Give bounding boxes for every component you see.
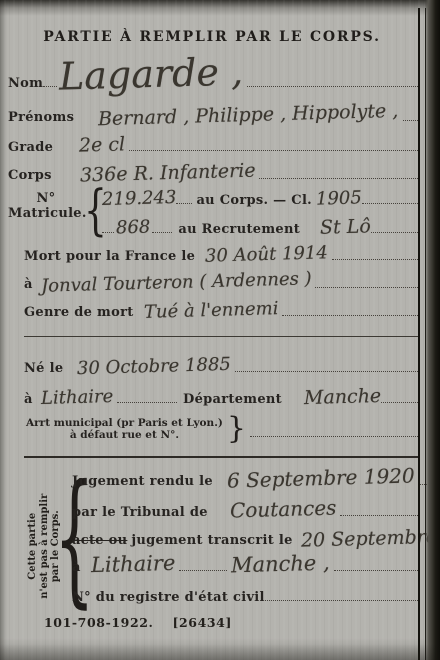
departement-value-handwritten: Manche [304, 385, 382, 409]
registre-label: N° du registre d'état civil [72, 590, 265, 605]
jugement-date-handwritten: 6 Septembre 1920 [227, 463, 415, 492]
dotted-rule [152, 228, 172, 233]
field-genre-de-mort: Genre de mort Tué à l'ennemi [24, 300, 420, 321]
matricule-label: N° Matricule. [8, 191, 84, 221]
imprint-number: 101-708-1922. [44, 615, 154, 630]
lieu-transcription-label: à [72, 560, 81, 575]
section-separator [24, 336, 420, 337]
matricule-recrutement-number-handwritten: 868 [116, 217, 151, 239]
ne-le-value-handwritten: 30 Octobre 1885 [77, 354, 231, 379]
field-nom: Nom Lagarde , [8, 52, 420, 92]
dotted-rule [334, 566, 420, 571]
dotted-rule [43, 82, 57, 87]
lieu-naissance-value-handwritten: Lithaire [40, 386, 113, 409]
ne-le-label: Né le [24, 361, 63, 376]
arrondissement-label-line1: Arrt municipal (pr Paris et Lyon.) [26, 417, 223, 429]
dotted-rule [265, 596, 420, 601]
tribunal-label: par le Tribunal de [72, 505, 208, 520]
field-transcription: acte ou jugement transcrit le 20 Septemb… [72, 527, 420, 549]
film-dark-band [425, 0, 440, 660]
lieu-deces-value-handwritten: Jonval Tourteron ( Ardennes ) [40, 268, 311, 297]
matricule-line-corps: 219.243 au Corps. — Cl. 1905 [102, 188, 420, 209]
field-jugement: Jugement rendu le 6 Septembre 1920 [72, 466, 420, 490]
prenoms-label: Prénoms [8, 110, 74, 125]
mort-label: Mort pour la France le [24, 249, 195, 264]
field-lieu-naissance: à Lithaire Département Manche [24, 386, 420, 408]
field-lieu-deces: à Jonval Tourteron ( Ardennes ) [24, 272, 420, 293]
transcription-label-struck: acte ou [72, 533, 127, 548]
field-grade: Grade 2e cl [8, 134, 420, 156]
side-note-line2: n'est pas à remplir [38, 471, 50, 621]
dotted-rule [176, 199, 192, 204]
dotted-rule [381, 398, 420, 403]
field-arrondissement: Arrt municipal (pr Paris et Lyon.) à déf… [26, 414, 420, 444]
grade-label: Grade [8, 140, 53, 155]
transcription-label: jugement transcrit le [131, 533, 292, 548]
field-mort-pour-la-france: Mort pour la France le 30 Août 1914 [24, 244, 420, 265]
dotted-rule [340, 511, 420, 516]
jugement-label: Jugement rendu le [72, 474, 213, 489]
matricule-lines: 219.243 au Corps. — Cl. 1905 868 au Recr… [102, 188, 420, 238]
dotted-rule [179, 566, 227, 571]
mort-date-handwritten: 30 Août 1914 [205, 242, 328, 266]
dotted-rule [371, 228, 420, 233]
imprint-reference: [26434] [172, 615, 232, 630]
dotted-rule [315, 283, 420, 288]
dotted-rule [117, 398, 177, 403]
field-tribunal: par le Tribunal de Coutances [72, 497, 420, 521]
footer-imprint: 101-708-1922. [26434] [44, 615, 232, 630]
field-lieu-transcription: à Lithaire Manche , [72, 552, 420, 576]
arrondissement-brace: } [227, 414, 246, 444]
field-registre: N° du registre d'état civil [72, 590, 420, 605]
lieu-naissance-label: à [24, 392, 33, 407]
arrondissement-label-line2: à défaut rue et N°. [26, 429, 223, 441]
dotted-rule [235, 367, 420, 372]
lieu-deces-label: à [24, 277, 33, 292]
dotted-rule [129, 146, 420, 151]
field-matricule: N° Matricule. { 219.243 au Corps. — Cl. … [8, 188, 420, 240]
nom-label: Nom [8, 76, 43, 91]
classe-value-handwritten: 1905 [316, 187, 362, 209]
arrondissement-label: Arrt municipal (pr Paris et Lyon.) à déf… [26, 417, 223, 441]
page-title: PARTIE À REMPLIR PAR LE CORPS. [0, 29, 424, 45]
matricule-line-recrutement: 868 au Recrutement St Lô [102, 216, 420, 238]
matricule-label-line1: N° [8, 191, 84, 206]
dotted-rule [102, 228, 114, 233]
au-recrutement-label: au Recrutement [178, 222, 300, 237]
side-note-line1: Cette partie [27, 471, 39, 621]
film-bottom-edge [0, 644, 440, 660]
dotted-rule [259, 174, 420, 179]
dotted-rule [362, 199, 420, 204]
lieu-recrutement-handwritten: St Lô [320, 215, 371, 238]
departement-label: Département [183, 392, 282, 407]
document-page: PARTIE À REMPLIR PAR LE CORPS. Nom Lagar… [0, 0, 440, 660]
corps-label: Corps [8, 168, 52, 183]
field-prenoms: Prénoms Bernard , Philippe , Hippolyte , [8, 104, 420, 126]
genre-mort-label: Genre de mort [24, 305, 134, 320]
dotted-rule [250, 432, 420, 437]
matricule-corps-number-handwritten: 219.243 [102, 187, 177, 210]
field-ne-le: Né le 30 Octobre 1885 [24, 356, 420, 377]
grade-value-handwritten: 2e cl [79, 133, 126, 156]
nom-value-handwritten: Lagarde , [59, 49, 244, 98]
au-corps-label: au Corps. — Cl. [196, 193, 312, 208]
genre-mort-value-handwritten: Tué à l'ennemi [143, 298, 278, 323]
tribunal-value-handwritten: Coutances [229, 496, 336, 523]
dotted-rule [282, 311, 420, 316]
dotted-rule [247, 82, 420, 87]
arrondissement-inner: Arrt municipal (pr Paris et Lyon.) à déf… [26, 414, 420, 444]
field-corps: Corps 336e R. Infanterie [8, 162, 420, 184]
lieu-transcription-value-handwritten: Lithaire [90, 551, 175, 577]
dotted-rule [332, 255, 420, 260]
lieu-transcription-departement-handwritten: Manche , [231, 551, 330, 578]
matricule-label-line2: Matricule. [8, 206, 84, 221]
prenoms-value-handwritten: Bernard , Philippe , Hippolyte , [98, 100, 399, 130]
